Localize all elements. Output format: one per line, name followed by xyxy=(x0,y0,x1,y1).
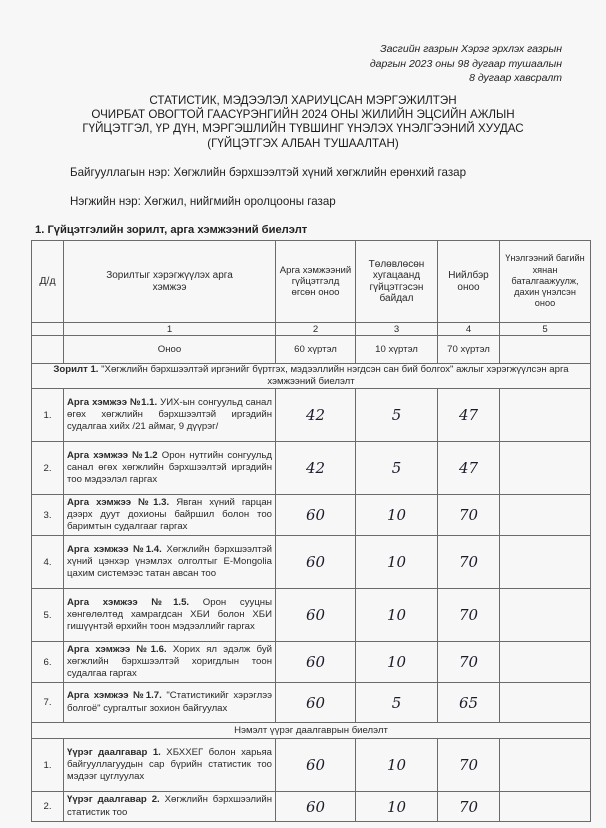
column-number: 5 xyxy=(500,323,591,336)
max-score-total: 70 хүртэл xyxy=(438,336,500,364)
row-title: Арга хэмжээ №1.1. xyxy=(67,397,157,408)
reviewed-points xyxy=(500,389,591,442)
row-description: Үүрэг даалгавар 2. Хөгжлийн бэрхшээлийн … xyxy=(64,792,276,822)
title-line: СТАТИСТИК, МЭДЭЭЛЭЛ ХАРИУЦСАН МЭРГЭЖИЛТЭ… xyxy=(0,94,606,108)
measures-list: 1.Арга хэмжээ №1.1. УИХ-ын сонгуульд сан… xyxy=(32,389,591,723)
goal-label: Зорилт 1. xyxy=(53,364,98,375)
total-points: 70 xyxy=(438,642,500,683)
row-description: Арга хэмжээ №1.1. УИХ-ын сонгуульд санал… xyxy=(64,389,276,442)
points-given: 60 xyxy=(276,792,356,822)
reviewed-points xyxy=(500,495,591,536)
row-description: Арга хэмжээ №1.3. Явган хүний гарцан дээ… xyxy=(64,495,276,536)
total-points: 65 xyxy=(438,683,500,723)
header-row: Д/д Зорилтыг хэрэгжүүлэх арга хэмжээ Арг… xyxy=(32,241,591,323)
row-title: Арга хэмжээ №1.6. xyxy=(67,644,167,655)
total-points: 70 xyxy=(438,739,500,792)
measure-row: 3.Арга хэмжээ №1.3. Явган хүний гарцан д… xyxy=(32,495,591,536)
row-index: 1. xyxy=(32,739,64,792)
reviewed-points xyxy=(500,536,591,589)
measure-row: 2.Арга хэмжээ №1.2 Орон нутгийн сонгууль… xyxy=(32,442,591,495)
organization-name: Байгууллагын нэр: Хөгжлийн бэрхшээлтэй х… xyxy=(70,166,466,179)
task-row: 1.Үүрэг даалгавар 1. ХБХХЕГ болон харьяа… xyxy=(32,739,591,792)
goal-description: Зорилт 1. "Хөгжлийн бэрхшээлтэй иргэнийг… xyxy=(32,364,591,389)
max-score-timeliness: 10 хүртэл xyxy=(356,336,438,364)
unit-name: Нэгжийн нэр: Хөгжил, нийгмийн оролцооны … xyxy=(70,195,336,208)
reviewed-points xyxy=(500,589,591,642)
measure-row: 5.Арга хэмжээ №1.5. Орон сууцны хөнгөлөл… xyxy=(32,589,591,642)
timeliness-points: 10 xyxy=(356,495,438,536)
row-description: Үүрэг даалгавар 1. ХБХХЕГ болон харьяа б… xyxy=(64,739,276,792)
column-number: 3 xyxy=(356,323,438,336)
document-title: СТАТИСТИК, МЭДЭЭЛЭЛ ХАРИУЦСАН МЭРГЭЖИЛТЭ… xyxy=(0,94,606,151)
row-title: Үүрэг даалгавар 2. xyxy=(67,794,160,805)
timeliness-points: 5 xyxy=(356,389,438,442)
row-description: Арга хэмжээ №1.6. Хорих ял эдэлж буй хөг… xyxy=(64,642,276,683)
reviewed-points xyxy=(500,642,591,683)
column-number: 4 xyxy=(438,323,500,336)
total-points: 70 xyxy=(438,536,500,589)
points-given: 60 xyxy=(276,739,356,792)
points-given: 42 xyxy=(276,442,356,495)
timeliness-points: 5 xyxy=(356,683,438,723)
points-given: 60 xyxy=(276,642,356,683)
row-index: 6. xyxy=(32,642,64,683)
header-reviewed: Үнэлгээний багийн хянан баталгаажуулж, д… xyxy=(500,241,591,323)
annex-line: 8 дугаар хавсралт xyxy=(370,71,562,86)
timeliness-points: 10 xyxy=(356,739,438,792)
row-index: 2. xyxy=(32,442,64,495)
timeliness-points: 10 xyxy=(356,642,438,683)
points-given: 60 xyxy=(276,536,356,589)
additional-tasks-heading-row: Нэмэлт үүрэг даалгаврын биелэлт xyxy=(32,723,591,739)
reviewed-points xyxy=(500,683,591,723)
total-points: 47 xyxy=(438,442,500,495)
points-given: 60 xyxy=(276,589,356,642)
row-index: 4. xyxy=(32,536,64,589)
row-index: 1. xyxy=(32,389,64,442)
measure-row: 7.Арга хэмжээ №1.7. "Статистикийг хэрэгл… xyxy=(32,683,591,723)
additional-tasks-heading: Нэмэлт үүрэг даалгаврын биелэлт xyxy=(32,723,591,739)
points-given: 60 xyxy=(276,683,356,723)
total-points: 70 xyxy=(438,589,500,642)
row-index: 5. xyxy=(32,589,64,642)
measure-row: 4.Арга хэмжээ №1.4. Хөгжлийн бэрхшээлтэй… xyxy=(32,536,591,589)
timeliness-points: 10 xyxy=(356,792,438,822)
column-number: 1 xyxy=(64,323,276,336)
header-timeliness: Төлөвлөсөн хугацаанд гүйцэтгэсэн байдал xyxy=(356,241,438,323)
max-score-label: Оноо xyxy=(64,336,276,364)
column-number: 2 xyxy=(276,323,356,336)
row-description: Арга хэмжээ №1.7. "Статистикийг хэрэглээ… xyxy=(64,683,276,723)
section-heading: 1. Гүйцэтгэлийн зорилт, арга хэмжээний б… xyxy=(35,224,307,236)
reviewed-points xyxy=(500,442,591,495)
title-line: ГҮЙЦЭТГЭЛ, ҮР ДҮН, МЭРГЭШЛИЙН ТҮВШИНГ ҮН… xyxy=(0,122,606,136)
total-points: 70 xyxy=(438,792,500,822)
row-index: 3. xyxy=(32,495,64,536)
task-row: 2.Үүрэг даалгавар 2. Хөгжлийн бэрхшээлий… xyxy=(32,792,591,822)
document-page: Засгийн газрын Хэрэг эрхлэх газрын даргы… xyxy=(0,0,606,828)
row-title: Арга хэмжээ №1.5. xyxy=(67,597,189,608)
reviewed-points xyxy=(500,739,591,792)
timeliness-points: 10 xyxy=(356,589,438,642)
header-description: Зорилтыг хэрэгжүүлэх арга хэмжээ xyxy=(64,241,276,323)
row-description: Арга хэмжээ №1.2 Орон нутгийн сонгуульд … xyxy=(64,442,276,495)
total-points: 70 xyxy=(438,495,500,536)
row-description: Арга хэмжээ №1.4. Хөгжлийн бэрхшээлтэй х… xyxy=(64,536,276,589)
row-title: Арга хэмжээ №1.7. xyxy=(67,690,162,701)
max-score-reviewed xyxy=(500,336,591,364)
row-description: Арга хэмжээ №1.5. Орон сууцны хөнгөлөлтө… xyxy=(64,589,276,642)
header-idx: Д/д xyxy=(32,241,64,323)
row-title: Арга хэмжээ №1.2 xyxy=(67,450,158,461)
goal-text: "Хөгжлийн бэрхшээлтэй иргэнийг бүртгэх, … xyxy=(98,364,568,387)
annex-line: даргын 2023 оны 98 дугаар тушаалын xyxy=(370,57,562,72)
max-score-points: 60 хүртэл xyxy=(276,336,356,364)
title-line: (ГҮЙЦЭТГЭХ АЛБАН ТУШААЛТАН) xyxy=(0,137,606,151)
max-score-row: Оноо 60 хүртэл 10 хүртэл 70 хүртэл xyxy=(32,336,591,364)
title-line: ОЧИРБАТ ОВОГТОЙ ГААСҮРЭНГИЙН 2024 ОНЫ ЖИ… xyxy=(0,108,606,122)
row-title: Арга хэмжээ №1.3. xyxy=(67,497,169,508)
row-index: 2. xyxy=(32,792,64,822)
measure-row: 6.Арга хэмжээ №1.6. Хорих ял эдэлж буй х… xyxy=(32,642,591,683)
evaluation-table: Д/д Зорилтыг хэрэгжүүлэх арга хэмжээ Арг… xyxy=(31,240,591,822)
reviewed-points xyxy=(500,792,591,822)
annex-reference: Засгийн газрын Хэрэг эрхлэх газрын даргы… xyxy=(370,42,562,86)
tasks-list: 1.Үүрэг даалгавар 1. ХБХХЕГ болон харьяа… xyxy=(32,739,591,822)
annex-line: Засгийн газрын Хэрэг эрхлэх газрын xyxy=(370,42,562,57)
header-points-given: Арга хэмжээний гүйцэтгэлд өгсөн оноо xyxy=(276,241,356,323)
column-number-row: 1 2 3 4 5 xyxy=(32,323,591,336)
timeliness-points: 5 xyxy=(356,442,438,495)
measure-row: 1.Арга хэмжээ №1.1. УИХ-ын сонгуульд сан… xyxy=(32,389,591,442)
goal-row: Зорилт 1. "Хөгжлийн бэрхшээлтэй иргэнийг… xyxy=(32,364,591,389)
row-title: Арга хэмжээ №1.4. xyxy=(67,544,162,555)
total-points: 47 xyxy=(438,389,500,442)
row-index: 7. xyxy=(32,683,64,723)
header-total: Нийлбэр оноо xyxy=(438,241,500,323)
row-title: Үүрэг даалгавар 1. xyxy=(67,747,161,758)
points-given: 42 xyxy=(276,389,356,442)
points-given: 60 xyxy=(276,495,356,536)
timeliness-points: 10 xyxy=(356,536,438,589)
